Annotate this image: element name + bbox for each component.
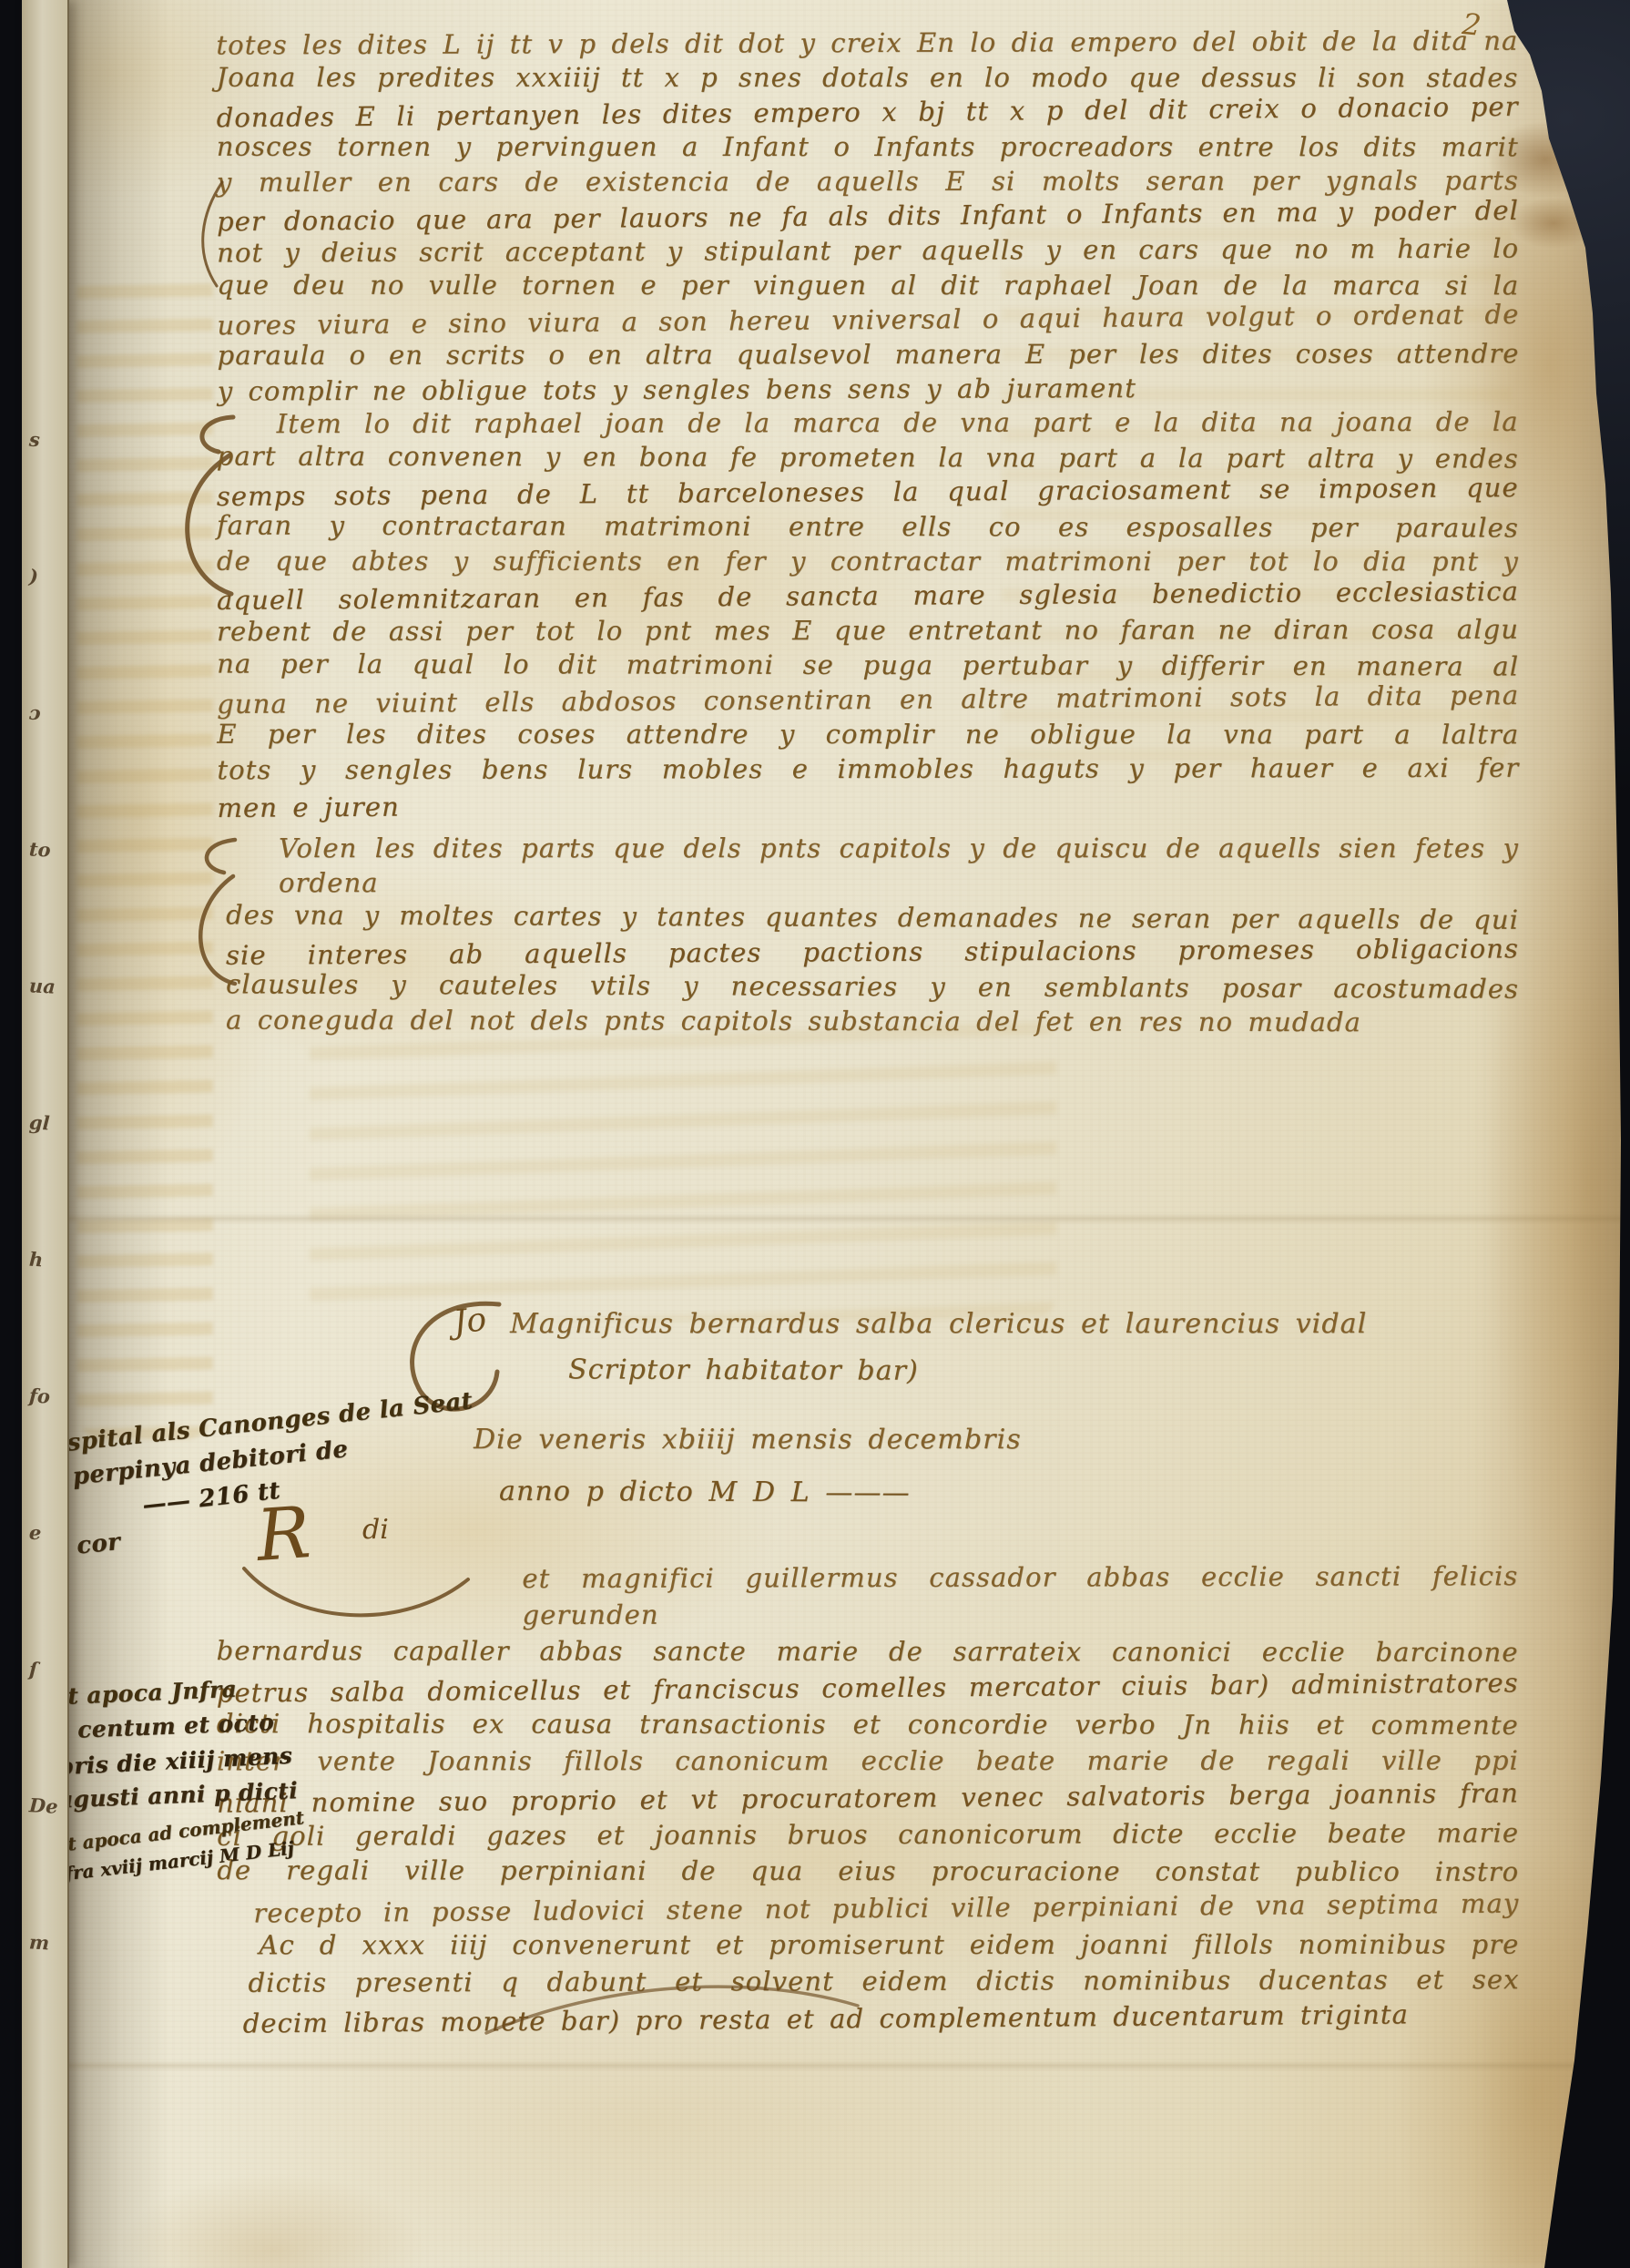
text-line: decim libras monete bar) pro resta et ad…	[242, 1995, 1519, 2041]
bleedthrough-fragment: gl	[28, 1110, 50, 1134]
text-line: que deu no vulle tornen e per vinguen al…	[217, 268, 1519, 302]
horizontal-crease	[0, 2060, 1630, 2071]
text-line: Scriptor habitator bar)	[568, 1346, 1402, 1397]
paragraph-volen-les-dites: Volen les dites parts que dels pnts capi…	[226, 831, 1519, 1038]
bleedthrough-fragment: ua	[28, 974, 56, 997]
horizontal-crease	[0, 1213, 1630, 1224]
text-line: Ac d xxxx iiij convenerunt et promiserun…	[259, 1926, 1519, 1964]
text-line: Joana les predites xxxiiij tt x p snes d…	[216, 60, 1518, 95]
bleedthrough-fragment: e	[28, 1521, 42, 1545]
text-line: paraula o en scrits o en altra qualsevol…	[218, 336, 1520, 373]
bleedthrough-ghost-center	[310, 1020, 1056, 1321]
text-line: part altra convenen y en bona fe promete…	[217, 439, 1519, 476]
text-line: na per la qual lo dit matrimoni se puga …	[217, 647, 1519, 684]
bleedthrough-ghost-left	[76, 264, 213, 1439]
bleedthrough-fragment: h	[28, 1248, 44, 1272]
scanned-page-canvas: 2 totes les dites L ij tt v p dels dit d…	[0, 0, 1630, 2268]
text-line: clausules y cauteles vtils y necessaries…	[226, 966, 1519, 1006]
text-line: de que abtes y sufficients en fer y cont…	[217, 544, 1519, 578]
text-line: semps sots pena de L tt barceloneses la …	[217, 470, 1519, 514]
manuscript-page: 2 totes les dites L ij tt v p dels dit d…	[0, 0, 1630, 2268]
text-line: Die veneris xbiiij mensis decembris	[474, 1414, 1056, 1466]
paragraph-item-matrimoni: Item lo dit raphael joan de la marca de …	[217, 404, 1520, 822]
text-line: des vna y moltes cartes y tantes quantes…	[226, 897, 1519, 936]
gutter-shadow	[60, 0, 169, 2268]
text-line: et magnifici guillermus cassador abbas e…	[522, 1558, 1518, 1633]
text-line: Volen les dites parts que dels pnts capi…	[279, 831, 1519, 900]
text-line: donades E li pertanyen les dites empero …	[216, 89, 1518, 135]
bleedthrough-fragment: De	[28, 1793, 58, 1818]
text-line: sie interes ab aquells pactes pactions s…	[226, 931, 1519, 972]
text-line: recepto in posse ludovici stene not publ…	[253, 1885, 1519, 1931]
text-line: aquell solemnitzaran en fas de sancta ma…	[217, 574, 1519, 618]
bleedthrough-fragment: s	[28, 428, 40, 452]
text-line: E per les dites coses attendre y complir…	[217, 717, 1519, 751]
text-line: y complir ne obligue tots y sengles bens…	[218, 370, 1520, 409]
text-line: totes les dites L ij tt v p dels dit dot…	[216, 24, 1518, 63]
text-line: faran y contractaran matrimoni entre ell…	[217, 508, 1519, 546]
previous-page-edge: s)ɔtouaglhfoeſDem	[22, 0, 69, 2268]
bleedthrough-fragment: to	[28, 837, 51, 861]
text-line: anno p dicto M D L ———	[499, 1466, 1056, 1520]
text-line: rebent de assi per tot lo pnt mes E que …	[217, 612, 1519, 649]
attestation-mark: Jo	[452, 1301, 488, 1342]
text-line: men e juren	[217, 782, 1519, 825]
bleedthrough-fragment: m	[28, 1930, 50, 1954]
margin-note-apoca: Est apoca Jnfrade centum et octolibris d…	[36, 1664, 426, 1877]
text-line: tots y sengles bens lurs mobles e immobl…	[217, 751, 1519, 787]
paragraph-dot-and-creix: totes les dites L ij tt v p dels dit dot…	[216, 24, 1519, 409]
text-line: Magnificus bernardus salba clericus et l…	[510, 1301, 1402, 1348]
text-line: dictis presenti q dabunt et solvent eide…	[248, 1961, 1519, 2001]
bleedthrough-fragment: ſ	[28, 1658, 37, 1681]
text-line: guna ne viuint ells abdosos consentiran …	[217, 678, 1519, 721]
dateline: Die veneris xbiiij mensis decembrisanno …	[474, 1414, 1056, 1519]
text-line: Item lo dit raphael joan de la marca de …	[277, 404, 1519, 441]
bleedthrough-fragment: fo	[28, 1384, 50, 1407]
bleedthrough-fragment: )	[28, 565, 38, 587]
text-line: nosces tornen y pervinguen a Infant o In…	[217, 129, 1519, 164]
text-line: a coneguda del not dels pnts capitols su…	[226, 1003, 1519, 1040]
scribe-attestation: Magnificus bernardus salba clericus et l…	[510, 1301, 1402, 1395]
bleedthrough-fragment: ɔ	[28, 701, 41, 725]
